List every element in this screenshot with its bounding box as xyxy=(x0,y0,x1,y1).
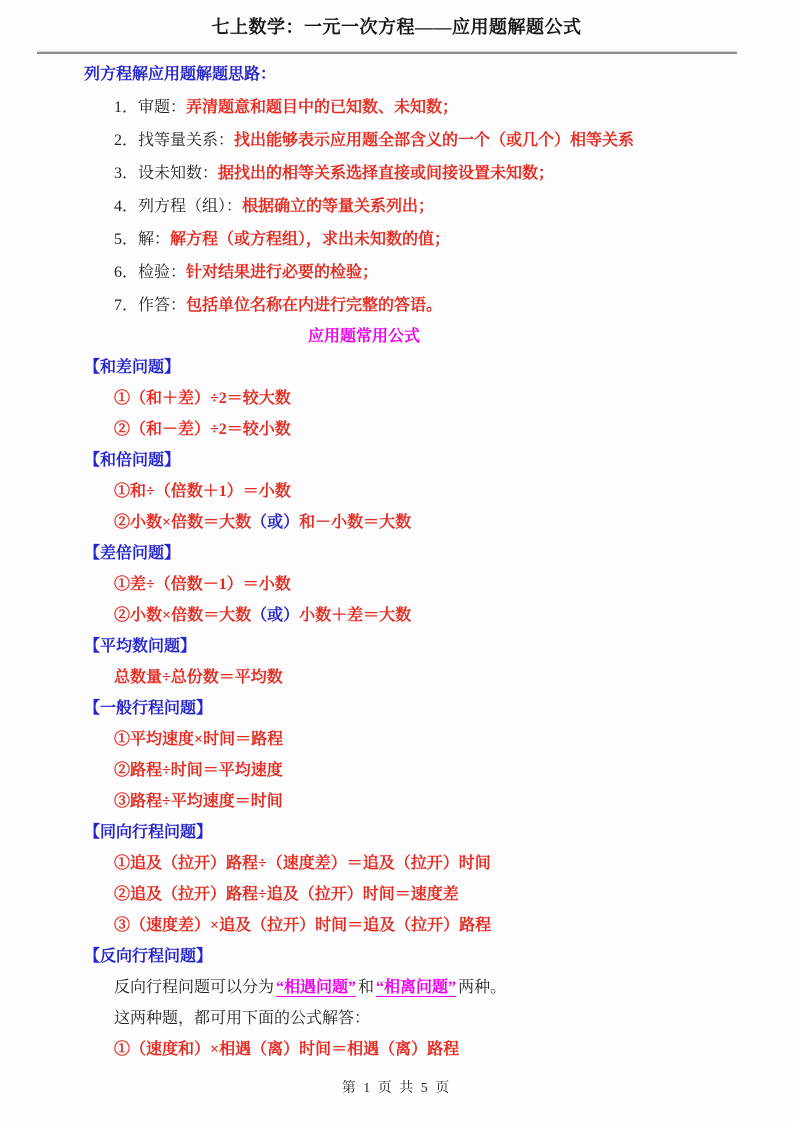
section-heading: 【平均数问题】 xyxy=(84,636,793,658)
text-segment: 和－小数＝大数 xyxy=(299,514,411,531)
text-segment: ②追及（拉开）路程÷追及（拉开）时间＝速度差 xyxy=(114,886,459,903)
text-segment: 反向行程问题可以分为 xyxy=(114,979,274,996)
text-segment: ①（和＋差）÷2＝较大数 xyxy=(114,390,291,407)
step-text: 根据确立的等量关系列出； xyxy=(242,198,434,215)
formula-line: ②追及（拉开）路程÷追及（拉开）时间＝速度差 xyxy=(114,884,793,906)
step-text: 据找出的相等关系选择直接或间接设置未知数； xyxy=(218,165,554,182)
text-segment: 两种。 xyxy=(458,979,506,996)
text-segment: （或） xyxy=(251,607,299,624)
section-heading: 【反向行程问题】 xyxy=(84,946,793,968)
text-segment: ③（速度差）×追及（拉开）时间＝追及（拉开）路程 xyxy=(114,917,491,934)
step-label: 5．解： xyxy=(114,231,170,248)
text-segment: 小数＋差＝大数 xyxy=(299,607,411,624)
text-segment: ②小数×倍数＝大数 xyxy=(114,607,251,624)
horizontal-rule xyxy=(37,51,737,54)
formula-line: ①追及（拉开）路程÷（速度差）＝追及（拉开）时间 xyxy=(114,853,793,875)
text-segment: 和 xyxy=(358,979,374,996)
step-text: 包括单位名称在内进行完整的答语。 xyxy=(186,297,442,314)
formula-line: ①（速度和）×相遇（离）时间＝相遇（离）路程 xyxy=(114,1039,793,1061)
step-text: 弄清题意和题目中的已知数、未知数； xyxy=(186,99,458,116)
formula-line: 反向行程问题可以分为“相遇问题”和“相离问题”两种。 xyxy=(114,977,793,999)
solution-step: 3．设未知数：据找出的相等关系选择直接或间接设置未知数； xyxy=(114,163,793,185)
section-heading: 【同向行程问题】 xyxy=(84,822,793,844)
step-label: 3．设未知数： xyxy=(114,165,218,182)
page-footer: 第 1 页 共 5 页 xyxy=(0,1077,793,1097)
step-text: 找出能够表示应用题全部含义的一个（或几个）相等关系 xyxy=(234,132,634,149)
solution-step: 2．找等量关系：找出能够表示应用题全部含义的一个（或几个）相等关系 xyxy=(114,130,793,152)
document-page: 七上数学：一元一次方程——应用题解题公式 列方程解应用题解题思路： 1．审题：弄… xyxy=(0,0,793,1122)
formula-line: ③（速度差）×追及（拉开）时间＝追及（拉开）路程 xyxy=(114,915,793,937)
formula-line: ①差÷（倍数－1）＝小数 xyxy=(114,574,793,596)
text-segment: （或） xyxy=(251,514,299,531)
step-label: 4．列方程（组）： xyxy=(114,198,242,215)
formula-line: 总数量÷总份数＝平均数 xyxy=(114,667,793,689)
text-segment: ①差÷（倍数－1）＝小数 xyxy=(114,576,291,593)
section-heading: 【和差问题】 xyxy=(84,357,793,379)
step-text: 解方程（或方程组），求出未知数的值； xyxy=(170,231,450,248)
solution-step: 4．列方程（组）：根据确立的等量关系列出； xyxy=(114,196,793,218)
step-label: 7．作答： xyxy=(114,297,186,314)
text-segment: ①追及（拉开）路程÷（速度差）＝追及（拉开）时间 xyxy=(114,855,491,872)
text-segment: 总数量÷总份数＝平均数 xyxy=(114,669,283,686)
section-heading: 【一般行程问题】 xyxy=(84,698,793,720)
formula-line: ①平均速度×时间＝路程 xyxy=(114,729,793,751)
step-label: 1．审题： xyxy=(114,99,186,116)
solution-step: 5．解：解方程（或方程组），求出未知数的值； xyxy=(114,229,793,251)
formula-line: ①和÷（倍数＋1）＝小数 xyxy=(114,481,793,503)
text-segment: ③路程÷平均速度＝时间 xyxy=(114,793,283,810)
step-label: 6．检验： xyxy=(114,264,186,281)
formula-sections: 【和差问题】①（和＋差）÷2＝较大数②（和－差）÷2＝较小数【和倍问题】①和÷（… xyxy=(0,357,793,1061)
formula-line: ②（和－差）÷2＝较小数 xyxy=(114,419,793,441)
formula-line: ②小数×倍数＝大数（或）和－小数＝大数 xyxy=(114,512,793,534)
section-heading: 【差倍问题】 xyxy=(84,543,793,565)
formula-line: ①（和＋差）÷2＝较大数 xyxy=(114,388,793,410)
formula-line: ③路程÷平均速度＝时间 xyxy=(114,791,793,813)
text-segment: ①（速度和）×相遇（离）时间＝相遇（离）路程 xyxy=(114,1041,459,1058)
text-segment: ②（和－差）÷2＝较小数 xyxy=(114,421,291,438)
step-label: 2．找等量关系： xyxy=(114,132,234,149)
formula-line: ②小数×倍数＝大数（或）小数＋差＝大数 xyxy=(114,605,793,627)
text-segment: ②小数×倍数＝大数 xyxy=(114,514,251,531)
text-segment: 这两种题，都可用下面的公式解答： xyxy=(114,1010,370,1027)
text-segment: ①和÷（倍数＋1）＝小数 xyxy=(114,483,291,500)
solution-step: 1．审题：弄清题意和题目中的已知数、未知数； xyxy=(114,97,793,119)
solution-steps-list: 1．审题：弄清题意和题目中的已知数、未知数；2．找等量关系：找出能够表示应用题全… xyxy=(0,97,793,317)
highlighted-term: “相遇问题” xyxy=(274,979,358,996)
section-heading: 【和倍问题】 xyxy=(84,450,793,472)
solution-step: 7．作答：包括单位名称在内进行完整的答语。 xyxy=(114,295,793,317)
formula-line: 这两种题，都可用下面的公式解答： xyxy=(114,1008,793,1030)
text-segment: ①平均速度×时间＝路程 xyxy=(114,731,283,748)
formulas-subtitle: 应用题常用公式 xyxy=(84,326,644,348)
page-title: 七上数学：一元一次方程——应用题解题公式 xyxy=(0,0,793,39)
highlighted-term: “相离问题” xyxy=(374,979,458,996)
solution-step: 6．检验：针对结果进行必要的检验； xyxy=(114,262,793,284)
text-segment: ②路程÷时间＝平均速度 xyxy=(114,762,283,779)
intro-heading: 列方程解应用题解题思路： xyxy=(84,64,793,86)
formula-line: ②路程÷时间＝平均速度 xyxy=(114,760,793,782)
step-text: 针对结果进行必要的检验； xyxy=(186,264,378,281)
